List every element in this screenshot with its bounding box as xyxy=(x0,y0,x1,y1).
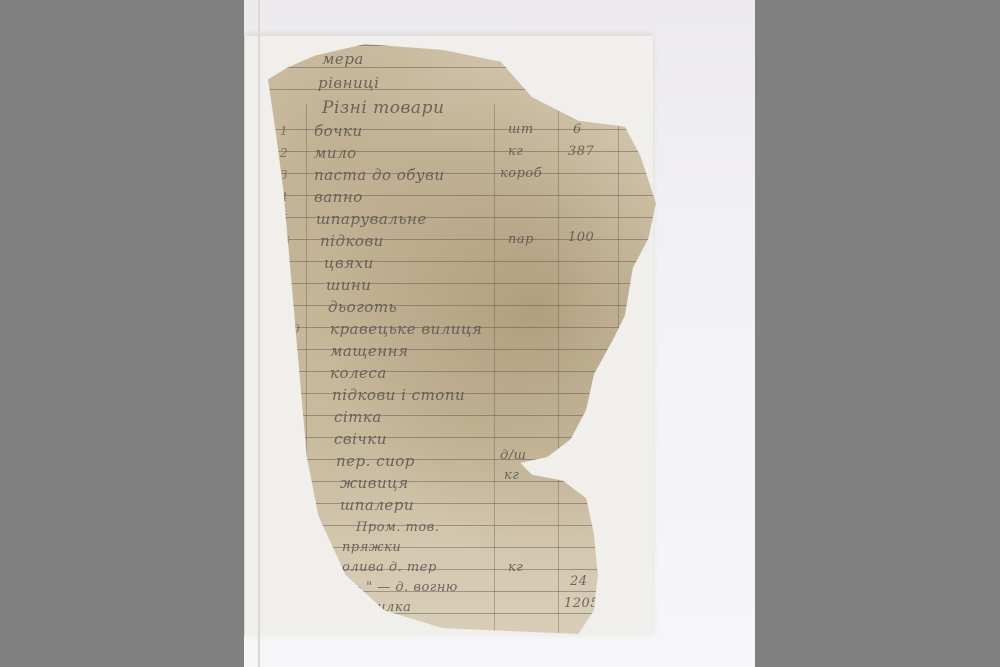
row-item: шпалери xyxy=(340,496,414,514)
header-line: рівниці xyxy=(318,74,379,92)
row-qty: 1205 xyxy=(564,596,599,611)
section-title: Різні товари xyxy=(322,98,444,118)
row-item: шини xyxy=(326,276,371,294)
row-unit: кг xyxy=(508,560,523,575)
row-item: сітка xyxy=(334,408,382,426)
row-item: кравецьке вилиця xyxy=(330,320,482,338)
header-line: мера xyxy=(322,50,364,68)
row-item: вапно xyxy=(314,188,363,206)
row-number: 2 xyxy=(280,146,288,160)
row-number: 1 xyxy=(280,124,288,138)
column-divider xyxy=(494,104,495,634)
fold-line xyxy=(258,0,260,667)
row-unit: д/ш xyxy=(500,448,526,463)
row-unit: пар xyxy=(508,232,534,247)
row-item: свічки xyxy=(334,430,387,448)
row-item: пер. сиор xyxy=(336,452,415,470)
row-qty: 387 xyxy=(568,144,594,159)
row-item: підкови xyxy=(320,232,384,250)
row-qty: 100 xyxy=(568,230,594,245)
row-unit: кг xyxy=(508,144,523,159)
row-qty: 6 xyxy=(573,122,582,137)
column-divider xyxy=(558,104,559,634)
row-item: паста до обуви xyxy=(314,166,445,184)
document-photo: мера рівниці Різні товари 1 бочки шт 6 2… xyxy=(244,0,755,667)
row-item: колеса xyxy=(330,364,387,382)
row-item: живиця xyxy=(340,474,409,492)
section-title: Пром. тов. xyxy=(356,520,439,535)
row-item: бочки xyxy=(314,122,363,140)
row-item: мащення xyxy=(330,342,408,360)
row-item: шпарувальне xyxy=(316,210,427,228)
row-qty: 24 xyxy=(570,574,588,589)
row-unit: кг xyxy=(504,468,519,483)
row-item: мило xyxy=(314,144,357,162)
row-unit: шт xyxy=(508,122,534,137)
row-unit: короб xyxy=(500,166,542,181)
row-item: цвяхи xyxy=(324,254,374,272)
row-item: підкови і стопи xyxy=(332,386,465,404)
row-item: пряжки xyxy=(342,540,401,555)
row-item: дьоготь xyxy=(328,298,397,316)
row-item: олива д. тер xyxy=(342,560,437,575)
